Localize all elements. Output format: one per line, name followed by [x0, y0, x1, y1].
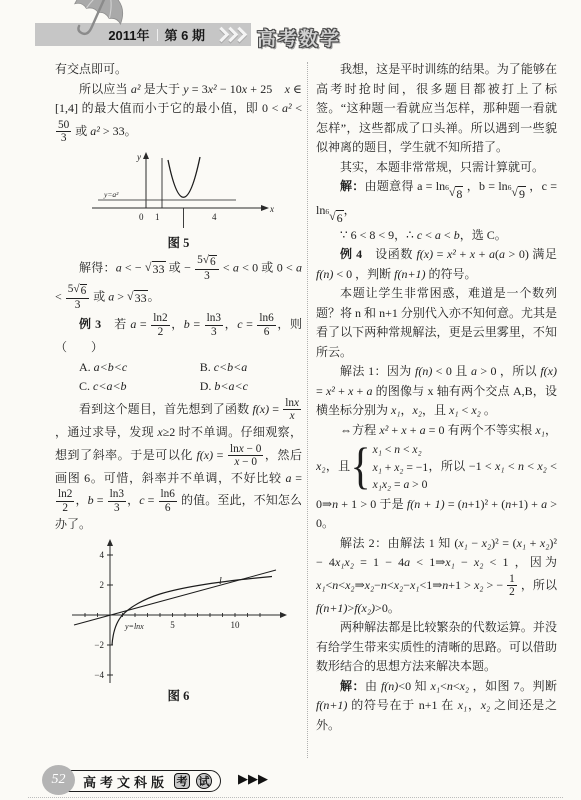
- triangle-right-icon: ▶▶▶: [238, 772, 268, 787]
- header-issue: 第 6 期: [165, 25, 205, 44]
- fig6-ytick-m4: −4: [94, 670, 104, 680]
- main-content: 有交点即可。所以应当 a² 是大于 y = 3x² − 10x + 25 x ∈…: [0, 58, 581, 764]
- paragraph: 例 3 若 a = ln22，b = ln33，c = ln66，则（ ）: [55, 312, 302, 358]
- footer-strip: 高考文科版 考 试: [58, 770, 221, 792]
- fig6-ytick-2: 2: [99, 580, 104, 590]
- figure-6-caption: 图 6: [55, 686, 302, 704]
- paragraph: 例 4 设函数 f(x) = x² + x + a(a > 0) 满足 f(n)…: [316, 245, 557, 284]
- paragraph: ⇔方程 x² + x + a = 0 有两个不等实根 x₁，x₂，且{x₁ < …: [316, 421, 557, 534]
- paragraph: 解：由 f(n)<0 知 x₁<n<x₂ ，如图 7。判断 f(n+1) 的符号…: [316, 677, 557, 736]
- paragraph: 解法 2：由解法 1 知 (x₁ − x₂)² = (x₁ + x₂)² − 4…: [316, 534, 557, 619]
- paragraph: 解：由题意得 a = ln6√8 ，b = ln6√9 ，c = ln6√6，: [316, 177, 557, 226]
- x-axis-arrow-icon: [261, 205, 269, 211]
- paragraph: 解法 1：因为 f(n) < 0 且 a > 0 ，所以 f(x) = x² +…: [316, 362, 557, 421]
- left-mid-paragraphs: 解得：a < − √33 或 − 5√63 < a < 0 或 0 < a < …: [55, 254, 302, 358]
- left-column: 有交点即可。所以应当 a² 是大于 y = 3x² − 10x + 25 x ∈…: [55, 60, 302, 764]
- answer-option: D. b<a<c: [200, 377, 302, 397]
- paragraph: 我想，这是平时训练的结果。为了能够在高考时抢时间，很多题目都被打上了标签。“这种…: [316, 60, 557, 158]
- footer-rule: [28, 797, 563, 798]
- chevron-right-icon: [218, 29, 245, 40]
- answer-options: A. a<b<cB. c<b<aC. c<a<bD. b<a<c: [55, 358, 302, 397]
- paragraph: 两种解法都是比较繁杂的代数运算。并没有给学生带来实质性的清晰的思路。可以借助数形…: [316, 618, 557, 677]
- paragraph: 所以应当 a² 是大于 y = 3x² − 10x + 25 x ∈ [1,4]…: [55, 80, 302, 145]
- fig6-ytick-m2: −2: [94, 640, 104, 650]
- paragraph: 有交点即可。: [55, 60, 302, 80]
- left-bottom-paragraphs: 看到这个题目，首先想到了函数 f(x) = lnxx，通过求导，发现 x≥2 时…: [55, 397, 302, 534]
- page-number: 52: [52, 772, 66, 788]
- answer-option: B. c<b<a: [200, 358, 302, 378]
- chevron-right-icon: [232, 27, 248, 43]
- left-top-paragraphs: 有交点即可。所以应当 a² 是大于 y = 3x² − 10x + 25 x ∈…: [55, 60, 302, 145]
- figure-5: x y y=a² 0 1 4 图 5: [55, 150, 302, 251]
- answer-option: A. a<b<c: [79, 358, 200, 378]
- umbrella-icon: [63, 0, 133, 47]
- fig5-tick-1: 1: [155, 212, 160, 222]
- answer-option: C. c<a<b: [79, 377, 200, 397]
- exam-seal-badge: 考: [174, 773, 190, 789]
- column-divider: [307, 62, 308, 758]
- y-axis-arrow-icon: [107, 539, 113, 546]
- paragraph: ∵ 6 < 8 < 9，∴ c < a < b，选 C。: [316, 226, 557, 246]
- page-header: 2011年 第 6 期 高考数学: [0, 0, 581, 58]
- x-axis-arrow-icon: [280, 612, 287, 618]
- page-footer: 52 高考文科版 考 试 ▶▶▶: [0, 764, 581, 800]
- figure-5-plot: x y y=a² 0 1 4: [84, 150, 274, 232]
- fig6-curve-label: y=lnx: [124, 622, 144, 631]
- fig5-y-axis-label: y: [136, 152, 141, 162]
- fig6-ytick-4: 4: [99, 550, 104, 560]
- journal-title: 高考数学: [257, 24, 341, 51]
- fig6-xtick-10: 10: [230, 620, 240, 630]
- fig6-xtick-5: 5: [170, 620, 175, 630]
- page-number-badge: 52: [42, 765, 75, 795]
- figure-6: 4 2 −2 −4 5 10 l y=lnx 图 6: [55, 539, 302, 704]
- fig5-x-axis-label: x: [269, 204, 274, 214]
- fig5-line-label: y=a²: [103, 190, 119, 199]
- fig6-line-label: l: [219, 576, 222, 587]
- paragraph: 看到这个题目，首先想到了函数 f(x) = lnxx，通过求导，发现 x≥2 时…: [55, 397, 302, 534]
- paragraph: 解得：a < − √33 或 − 5√63 < a < 0 或 0 < a < …: [55, 254, 302, 312]
- y-axis-arrow-icon: [143, 152, 149, 159]
- header-separator: [157, 29, 158, 41]
- paragraph: 其实，本题非常常规，只需计算就可。: [316, 158, 557, 178]
- figure-6-plot: 4 2 −2 −4 5 10 l y=lnx: [68, 539, 290, 685]
- right-column: 我想，这是平时训练的结果。为了能够在高考时抢时间，很多题目都被打上了标签。“这种…: [316, 60, 557, 764]
- figure-5-caption: 图 5: [55, 233, 302, 251]
- right-paragraphs: 我想，这是平时训练的结果。为了能够在高考时抢时间，很多题目都被打上了标签。“这种…: [316, 60, 557, 735]
- fig5-tick-0: 0: [139, 212, 144, 222]
- test-seal-badge: 试: [196, 773, 212, 789]
- fig5-tick-4: 4: [212, 212, 217, 222]
- paragraph: 本题让学生非常困惑，难道是一个数列题？将 n 和 n+1 分别代入亦不知何意。尤…: [316, 284, 557, 362]
- footer-edition-label: 高考文科版: [83, 772, 168, 791]
- scanned-journal-page: 2011年 第 6 期 高考数学 有交点即可。所以应当 a² 是大于 y = 3…: [0, 0, 581, 800]
